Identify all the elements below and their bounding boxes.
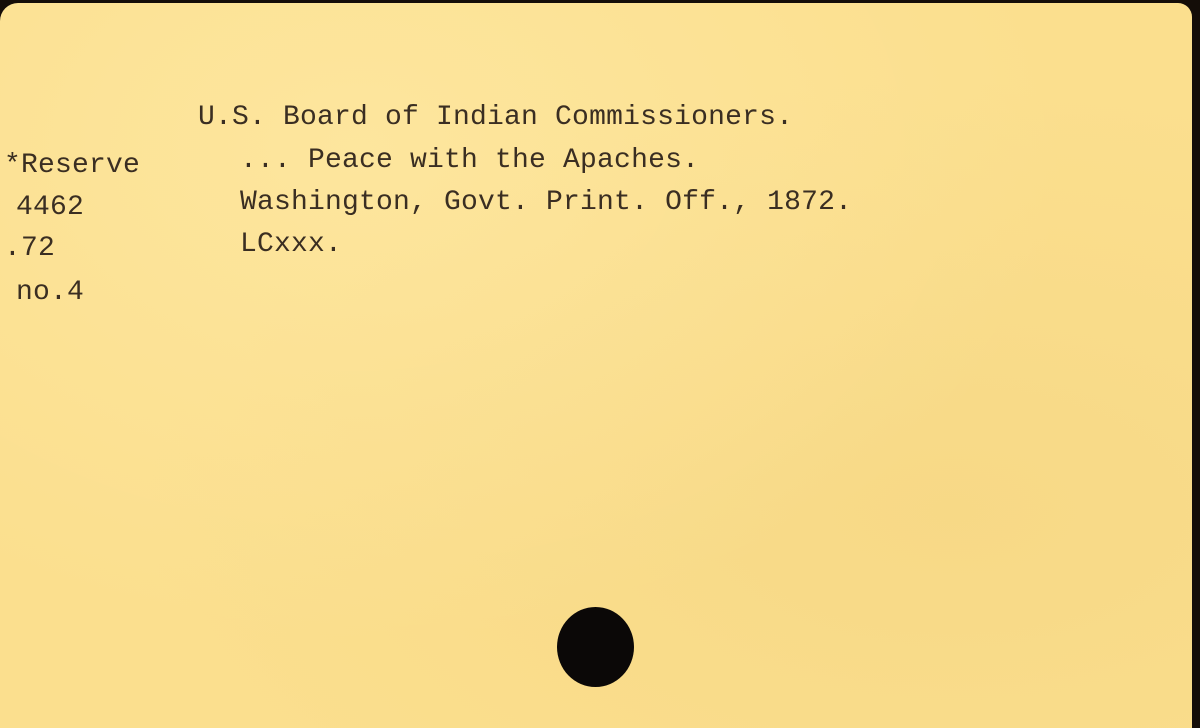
main-entry-heading: U.S. Board of Indian Commissioners. — [198, 103, 793, 133]
call-number-class: 4462 — [16, 193, 84, 223]
punch-hole — [557, 607, 634, 687]
imprint-statement: Washington, Govt. Print. Off., 1872. — [240, 188, 852, 218]
catalog-card: *Reserve 4462 .72 no.4 U.S. Board of Ind… — [0, 3, 1192, 728]
call-number-cutter: .72 — [4, 234, 55, 264]
call-number-volume: no.4 — [16, 278, 84, 308]
call-number-location: *Reserve — [4, 151, 140, 181]
collation-note: LCxxx. — [240, 230, 342, 260]
title-statement: ... Peace with the Apaches. — [240, 146, 699, 176]
